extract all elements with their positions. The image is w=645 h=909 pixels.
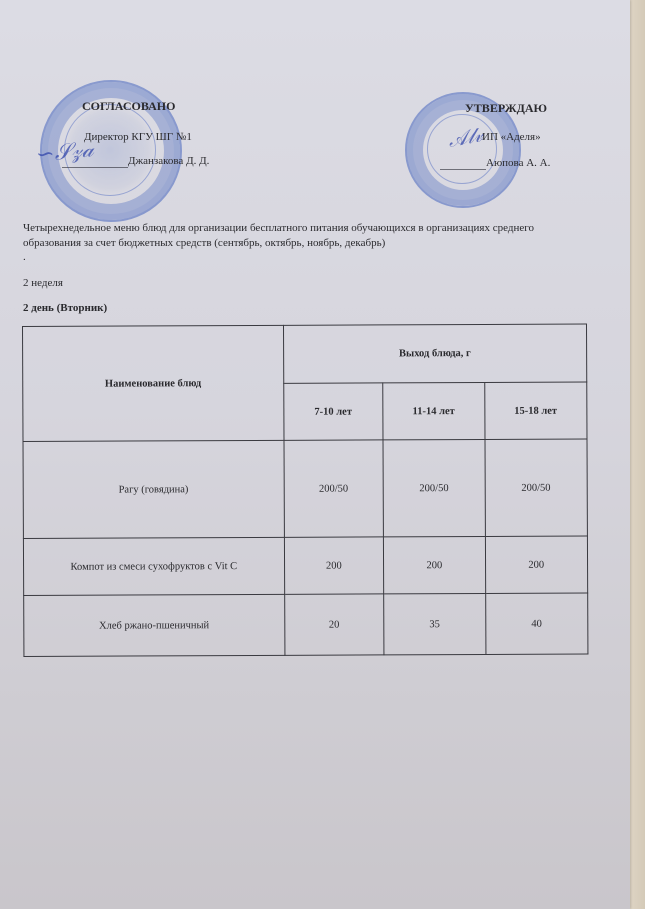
dish-value: 40 [485,593,588,654]
dish-value: 200 [485,536,588,593]
dish-value: 200/50 [383,439,485,536]
signature-line [440,169,486,170]
approve-title: УТВЕРЖДАЮ [465,101,547,116]
table-row: Рагу (говядина) 200/50 200/50 200/50 [23,439,587,538]
table-row: Хлеб ржано-пшеничный 20 35 40 [24,593,588,656]
week-label: 2 неделя [23,277,63,289]
header-age-group: 11-14 лет [383,382,485,439]
header-dish-name: Наименование блюд [23,325,284,441]
approve-name: Аюпова А. А. [486,157,550,169]
dish-name: Хлеб ржано-пшеничный [24,594,285,656]
document-page: ∽𝒮𝓏𝒶 𝒜𝓁𝓋 СОГЛАСОВАНО Директор КГУ ШГ №1 … [0,0,630,909]
header-age-group: 15-18 лет [484,382,587,439]
header-output: Выход блюда, г [283,324,587,383]
agreed-role: Директор КГУ ШГ №1 [84,131,192,143]
agreed-title: СОГЛАСОВАНО [82,99,175,114]
document-intro: Четырехнедельное меню блюд для организац… [23,221,593,251]
agreed-name: Джанзакова Д. Д. [128,155,209,167]
dish-value: 35 [384,593,486,654]
table-row: Компот из смеси сухофруктов с Vit C 200 … [23,536,587,595]
header-age-group: 7-10 лет [283,383,383,440]
signature-line [62,167,128,168]
table-header-row: Наименование блюд Выход блюда, г [23,324,587,384]
dish-name: Компот из смеси сухофруктов с Vit C [23,537,284,595]
separator-dot: . [23,251,26,263]
dish-value: 20 [284,594,384,655]
dish-name: Рагу (говядина) [23,440,284,538]
dish-value: 200/50 [484,439,587,536]
dish-value: 200 [284,537,384,594]
day-label: 2 день (Вторник) [23,302,107,314]
dish-value: 200/50 [284,440,384,537]
approve-org: ИП «Аделя» [482,131,541,143]
dish-value: 200 [383,536,485,593]
menu-table: Наименование блюд Выход блюда, г 7-10 ле… [22,324,588,657]
